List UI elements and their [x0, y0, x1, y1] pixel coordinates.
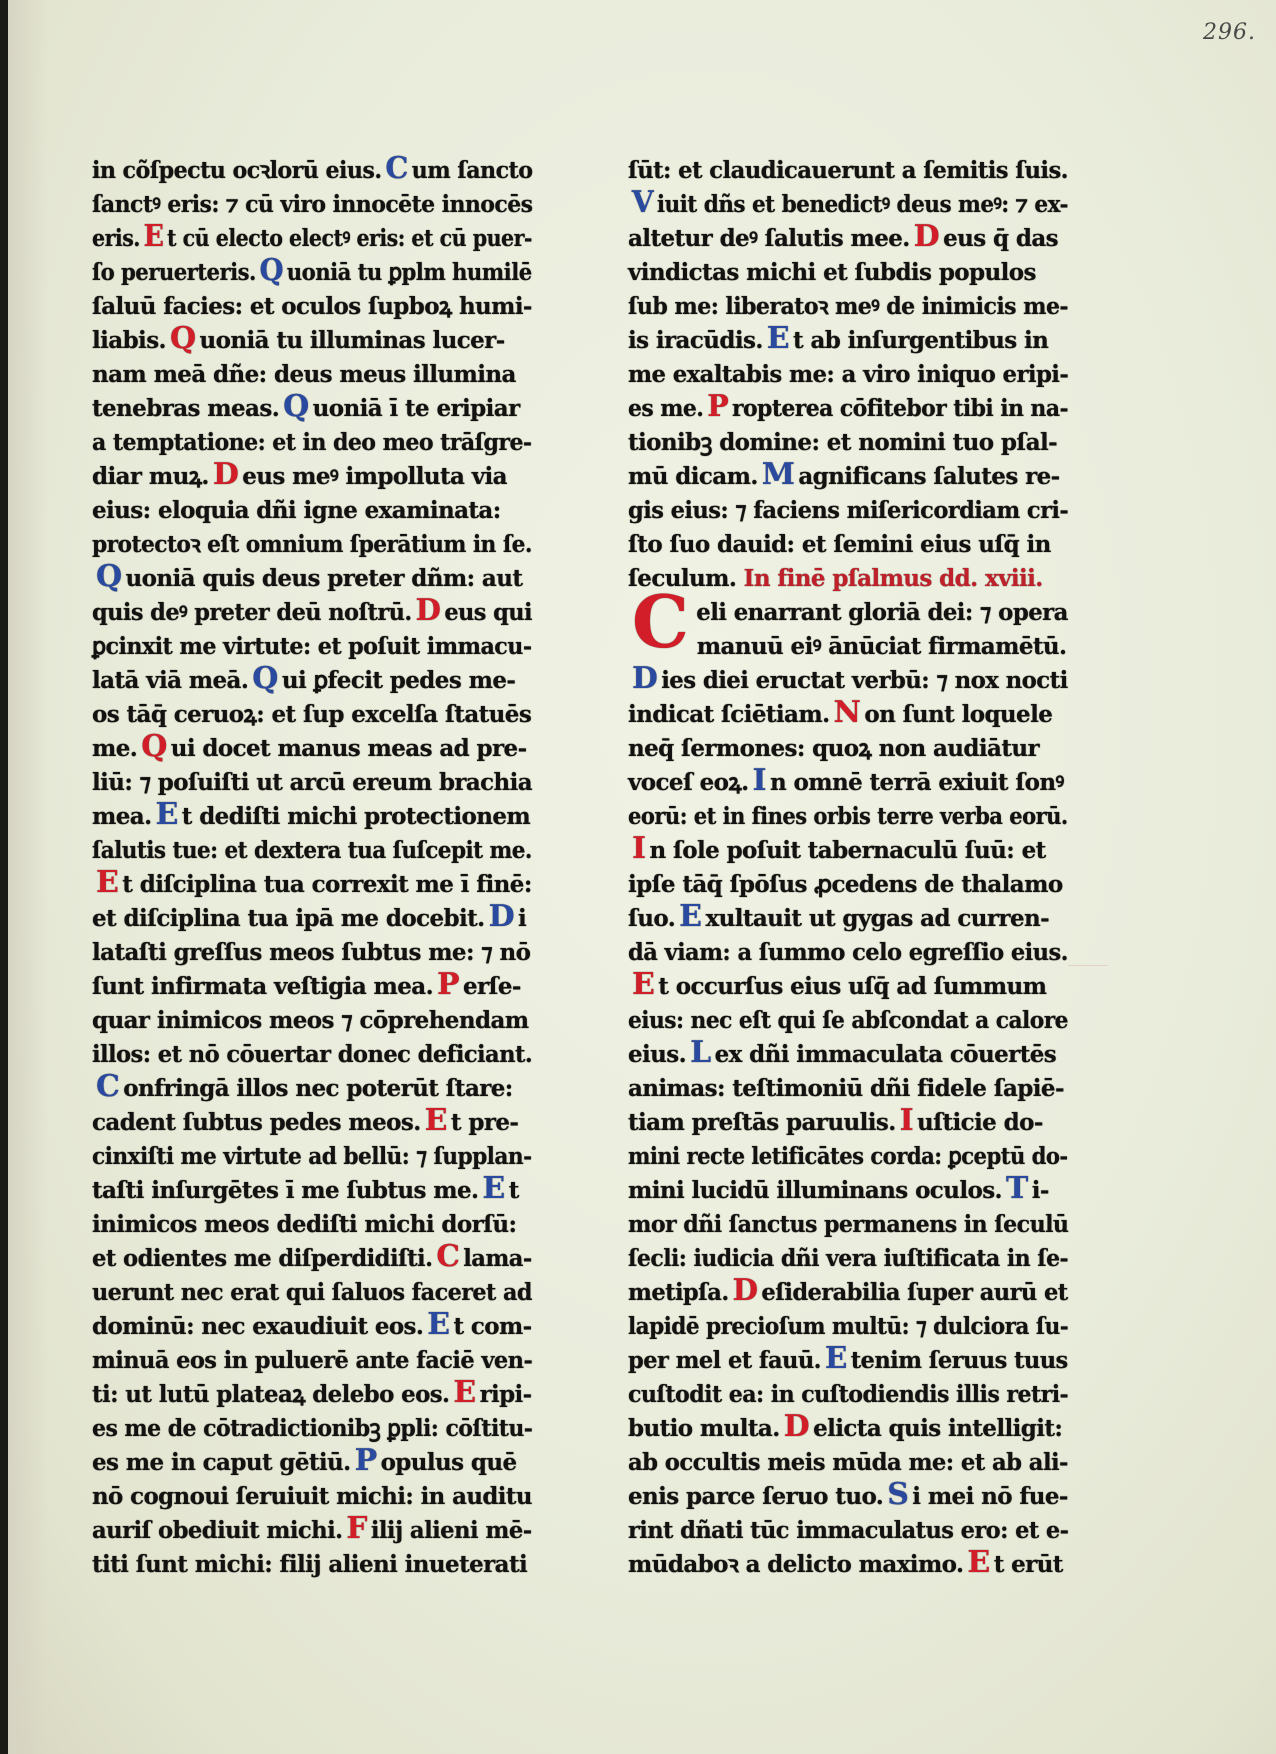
blue-initial-s: S [885, 1481, 910, 1509]
text-line: ſalutis tue: et dextera tua ſuſcepit me. [92, 834, 505, 868]
text-line: nō cognoui ſeruiuit michi: in auditu [92, 1480, 530, 1514]
text-line: eris.Et cū electo electꝰ eris: et cū pue… [92, 222, 486, 256]
line-text: nō cognoui ſeruiuit michi: in auditu [92, 1483, 532, 1510]
line-text: mū dicam. [628, 463, 758, 490]
line-text: tenim ſeruus tuus [851, 1347, 1068, 1374]
red-initial-i: I [898, 1107, 915, 1135]
text-line: mini lucidū illuminans oculos.Ti- [628, 1174, 1068, 1208]
line-text: uoniā quis deus preter dñm: aut [126, 565, 523, 592]
text-line: es me de cōtradictionibꝫ ꝑpli: cōſtitu- [92, 1412, 514, 1446]
line-text: ui ꝑfecit pedes me- [282, 667, 515, 694]
line-text: i mei nō fue- [912, 1483, 1068, 1510]
blue-initial-e: E [425, 1311, 451, 1339]
line-text: et odientes me diſperdidiſti. [92, 1245, 432, 1272]
line-text: mea. [92, 803, 151, 830]
blue-initial-d: D [487, 903, 516, 931]
line-text: gis eius: ⁊ faciens miſericordiam cri- [628, 497, 1068, 524]
text-line: dominū: nec exaudiuit eos.Et com- [92, 1310, 531, 1344]
line-text: ui docet manus meas ad pre- [171, 735, 527, 762]
text-line: et diſciplina tua ipā me docebit.Di [92, 902, 532, 936]
red-initial-e: E [423, 1107, 449, 1135]
text-line: me.Qui docet manus meas ad pre- [92, 732, 532, 766]
text-line: ti: ut lutū plateaꝝ delebo eos.Eripi- [92, 1378, 530, 1412]
text-line: Et diſciplina tua correxit me ī finē: [92, 868, 532, 902]
line-text: minuā eos in puluerē ante faciē ven- [92, 1347, 532, 1374]
line-text: uſticie do- [917, 1109, 1043, 1136]
line-text: tenebras meas. [92, 395, 279, 422]
text-line: ſanctꝰ eris: ⁊ cū viro innocēte innocēs [92, 188, 513, 222]
line-text: ti: ut lutū plateaꝝ delebo eos. [92, 1381, 449, 1408]
line-text: t pre- [451, 1109, 518, 1136]
line-text: ripi- [480, 1381, 532, 1408]
line-text: me. [92, 735, 137, 762]
text-line: indicat ſciētiam.Non ſunt loquele [628, 698, 1068, 732]
line-text: animas: teſtimoniū dñi fidele ſapiē- [628, 1075, 1064, 1102]
line-text: ex dñi immaculata cōuertēs [715, 1041, 1057, 1068]
blue-initial-e: E [765, 325, 791, 353]
line-text: et diſciplina tua ipā me docebit. [92, 905, 485, 932]
text-line: titi ſunt michi: filij alieni inueterati [92, 1548, 532, 1582]
line-text: altetur deꝰ ſalutis mee. [628, 225, 910, 252]
line-text: n ſole poſuit tabernaculū ſuū: et [649, 837, 1045, 864]
text-line: ſto ſuo dauid: et ſemini eius uſq̄ in [628, 528, 1068, 562]
line-text: cadent ſubtus pedes meos. [92, 1109, 421, 1136]
line-text: enis parce ſeruo tuo. [628, 1483, 883, 1510]
text-line: per mel et fauū.Etenim ſeruus tuus [628, 1344, 1060, 1378]
line-text: mini recte letificātes corda: ꝑceptū do- [628, 1143, 1068, 1170]
text-line: tenebras meas.Quoniā ī te eripiar [92, 392, 532, 426]
text-line: neq̄ ſermones: quoꝝ non audiātur [628, 732, 1068, 766]
line-text: quis deꝰ preter deū noſtrū. [92, 599, 412, 626]
blue-initial-q: Q [281, 393, 311, 421]
line-text: nam meā dñe: deus meus illumina [92, 361, 516, 388]
line-text: liabis. [92, 327, 166, 354]
text-line: minuā eos in puluerē ante faciē ven- [92, 1344, 523, 1378]
folio-number: 296. [1203, 20, 1256, 45]
text-line: ſo peruerteris.Quoniā tu ꝑplm humilē [92, 256, 498, 290]
line-text: ſto ſuo dauid: et ſemini eius uſq̄ in [628, 531, 1051, 558]
line-text: t ab inſurgentibus in [793, 327, 1048, 354]
text-line: mor dñi ſanctus permanens in ſeculū [628, 1208, 1052, 1242]
right-text-column: ſūt: et claudicauerunt a ſemitis ſuis.Vi… [628, 154, 1068, 1582]
blue-initial-q: Q [258, 257, 285, 285]
line-text: taſti inſurgētes ī me ſubtus me. [92, 1177, 478, 1204]
line-text: eius: nec eſt qui ſe abſcondat a calore [628, 1007, 1068, 1034]
line-text: ſo peruerteris. [92, 259, 256, 286]
line-text: eſiderabilia ſuper aurū et [761, 1279, 1067, 1306]
blue-initial-e: E [677, 903, 703, 931]
line-text: latā viā meā. [92, 667, 248, 694]
text-line: Et occurſus eius uſq̄ ad ſummum [628, 970, 1068, 1004]
text-line: Celi enarrant gloriā dei: ⁊ opera [628, 596, 1065, 630]
line-text: mūdaboꝛ a delicto maximo. [628, 1551, 963, 1578]
blue-initial-q: Q [94, 563, 124, 591]
line-text: i- [1032, 1177, 1049, 1204]
line-text: illos: et nō cōuertar donec deficiant. [92, 1041, 532, 1068]
text-line: mea.Et dediſti michi protectionem [92, 800, 532, 834]
text-line: lapidē precioſum multū: ⁊ dulciora ſu- [628, 1310, 1042, 1344]
blue-initial-c: C [94, 1073, 121, 1101]
left-text-column: in cõſpectu ocꝛlorū eius.Cum ſanctoſanct… [92, 154, 532, 1582]
line-text: ſub me: liberatoꝛ meꝰ de inimicis me- [628, 293, 1068, 320]
text-line: illos: et nō cōuertar donec deficiant. [92, 1038, 525, 1072]
text-line: mini recte letificātes corda: ꝑceptū do- [628, 1140, 1033, 1174]
text-line: lataſti greſſus meos ſubtus me: ⁊ nō [92, 936, 532, 970]
text-line: vindictas michi et ſubdis populos [628, 256, 1068, 290]
rubric-heading: In finē pſalmus dd. xviii. [736, 565, 1042, 592]
red-initial-e: E [965, 1549, 991, 1577]
line-text: ipſe tāq̄ ſpōſus ꝓcedens de thalamo [628, 871, 1063, 898]
red-initial-e: E [451, 1379, 477, 1407]
text-line: enis parce ſeruo tuo.Si mei nō fue- [628, 1480, 1068, 1514]
blue-initial-e: E [823, 1345, 849, 1373]
line-text: iuit dñs et benedictꝰ deus meꝰ: ⁊ ex- [657, 191, 1068, 218]
text-line: rint dñati tūc immaculatus ero: et e- [628, 1514, 1059, 1548]
line-text: ies diei eructat verbū: ⁊ nox nocti [661, 667, 1067, 694]
text-line: taſti inſurgētes ī me ſubtus me.Et [92, 1174, 532, 1208]
blue-initial-e: E [480, 1175, 506, 1203]
red-initial-d: D [414, 597, 443, 625]
line-text: quar inimicos meos ⁊ cōprehendam [92, 1007, 529, 1034]
line-text: opulus quē [381, 1449, 517, 1476]
blue-initial-q: Q [250, 665, 280, 693]
margin-offset-mark [1068, 965, 1108, 984]
line-text: eus q̄ das [943, 225, 1058, 252]
blue-initial-m: M [760, 461, 797, 489]
blue-initial-d: D [630, 665, 659, 693]
blue-initial-v: V [630, 189, 655, 217]
line-text: dā viam: a ſummo celo egreſſio eius. [628, 939, 1068, 966]
line-text: voceſ eoꝝ. [628, 769, 749, 796]
red-initial-d: D [782, 1413, 811, 1441]
line-text: cinxiſti me virtute ad bellū: ⁊ ſupplan- [92, 1143, 532, 1170]
text-line: eius: nec eſt qui ſe abſcondat a calore [628, 1004, 1045, 1038]
line-text: ſunt infirmata veſtigia mea. [92, 973, 433, 1000]
line-text: mor dñi ſanctus permanens in ſeculū [628, 1211, 1068, 1238]
line-text: in cõſpectu ocꝛlorū eius. [92, 157, 381, 184]
blue-initial-i: I [751, 767, 768, 795]
blue-initial-t: T [1004, 1175, 1030, 1203]
line-text: os tāq̄ ceruoꝝ: et ſup excelſa ſtatuēs [92, 701, 531, 728]
text-line: eorū: et in fines orbis terre verba eorū… [628, 800, 1031, 834]
line-text: is iracūdis. [628, 327, 763, 354]
line-text: t occurſus eius uſq̄ ad ſummum [658, 973, 1046, 1000]
red-initial-c: C [434, 1243, 461, 1271]
line-text: butio multa. [628, 1415, 780, 1442]
line-text: liū: ⁊ poſuiſti ut arcū ereum brachia [92, 769, 532, 796]
text-line: cinxiſti me virtute ad bellū: ⁊ ſupplan- [92, 1140, 507, 1174]
line-text: cuſtodit ea: in cuſtodiendis illis retri… [628, 1381, 1068, 1408]
text-line: is iracūdis.Et ab inſurgentibus in [628, 324, 1068, 358]
text-line: cadent ſubtus pedes meos.Et pre- [92, 1106, 532, 1140]
text-line: ſecli: iudicia dñi vera iuſtificata in ſ… [628, 1242, 1050, 1276]
text-line: in cõſpectu ocꝛlorū eius.Cum ſancto [92, 154, 517, 188]
text-line: inimicos meos dediſti michi dorſū: [92, 1208, 532, 1242]
line-text: uoniā tu ꝑplm humilē [287, 259, 532, 286]
text-line: Confringā illos nec poterūt ſtare: [92, 1072, 532, 1106]
text-line: ſeculum. In finē pſalmus dd. xviii. [628, 562, 1068, 596]
text-line: liabis.Quoniā tu illuminas lucer- [92, 324, 532, 358]
line-text: t com- [453, 1313, 531, 1340]
line-text: i [518, 905, 526, 932]
line-text: t cū electo electꝰ eris: et cū puer- [167, 225, 532, 252]
text-line: gis eius: ⁊ faciens miſericordiam cri- [628, 494, 1060, 528]
text-line: ſunt infirmata veſtigia mea.Perſe- [92, 970, 532, 1004]
line-text: ſuo. [628, 905, 675, 932]
line-text: me exaltabis me: a viro iniquo eripi- [628, 361, 1068, 388]
text-line: mū dicam.Magnificans ſalutes re- [628, 460, 1068, 494]
line-text: auriſ obediuit michi. [92, 1517, 342, 1544]
text-line: latā viā meā.Qui ꝑfecit pedes me- [92, 664, 532, 698]
line-text: lama- [463, 1245, 532, 1272]
line-text: ſecli: iudicia dñi vera iuſtificata in ſ… [628, 1245, 1068, 1272]
text-line: ſub me: liberatoꝛ meꝰ de inimicis me- [628, 290, 1051, 324]
line-text: ſalutis tue: et dextera tua ſuſcepit me. [92, 837, 532, 864]
line-text: onfringā illos nec poterūt ſtare: [123, 1075, 512, 1102]
blue-initial-e: E [153, 801, 179, 829]
line-text: eris. [92, 225, 140, 252]
text-line: ꝑcinxit me virtute: et poſuit immacu- [92, 630, 517, 664]
text-line: es me.Propterea cōfitebor tibi in na- [628, 392, 1048, 426]
text-line: altetur deꝰ ſalutis mee.Deus q̄ das [628, 222, 1068, 256]
red-initial-p: P [435, 971, 461, 999]
text-line: et odientes me diſperdidiſti.Clama- [92, 1242, 526, 1276]
line-text: xultauit ut gygas ad curren- [705, 905, 1049, 932]
text-line: tiam preſtās paruulis.Iuſticie do- [628, 1106, 1068, 1140]
line-text: eus qui [444, 599, 532, 626]
line-text: dominū: nec exaudiuit eos. [92, 1313, 423, 1340]
line-text: mini lucidū illuminans oculos. [628, 1177, 1002, 1204]
text-line: Quoniā quis deus preter dñm: aut [92, 562, 532, 596]
line-text: eius: eloquia dñi igne examinata: [92, 497, 501, 524]
red-initial-q: Q [139, 733, 169, 761]
text-line: os tāq̄ ceruoꝝ: et ſup excelſa ſtatuēs [92, 698, 532, 732]
blue-initial-l: L [688, 1039, 713, 1067]
red-initial-e: E [142, 223, 166, 251]
line-text: ropterea cōfitebor tibi in na- [732, 395, 1068, 422]
line-text: inimicos meos dediſti michi dorſū: [92, 1211, 516, 1238]
line-text: uoniā ī te eripiar [313, 395, 520, 422]
text-line: metipſa.Deſiderabilia ſuper aurū et [628, 1276, 1060, 1310]
line-text: eius. [628, 1041, 686, 1068]
red-initial-p: P [705, 393, 730, 421]
line-text: ꝑcinxit me virtute: et poſuit immacu- [92, 633, 532, 660]
red-initial-i: I [630, 835, 647, 863]
line-text: lataſti greſſus meos ſubtus me: ⁊ nō [92, 939, 530, 966]
text-line: me exaltabis me: a viro iniquo eripi- [628, 358, 1064, 392]
text-line: quar inimicos meos ⁊ cōprehendam [92, 1004, 532, 1038]
line-text: metipſa. [628, 1279, 729, 1306]
line-text: t [509, 1177, 519, 1204]
line-text: um ſancto [412, 157, 533, 184]
line-text: es me. [628, 395, 703, 422]
text-line: animas: teſtimoniū dñi fidele ſapiē- [628, 1072, 1068, 1106]
line-text: rint dñati tūc immaculatus ero: et e- [628, 1517, 1068, 1544]
line-text: per mel et fauū. [628, 1347, 821, 1374]
line-text: es me in caput gētiū. [92, 1449, 351, 1476]
red-initial-d: D [731, 1277, 760, 1305]
blue-initial-p: P [353, 1447, 379, 1475]
text-line: a temptatione: et in deo meo trāſgre- [92, 426, 515, 460]
line-text: t diſciplina tua correxit me ī finē: [122, 871, 531, 898]
line-text: manuū eiꝰ ānūciat firmamētū. [697, 633, 1067, 660]
text-line: ſuo.Exultauit ut gygas ad curren- [628, 902, 1068, 936]
text-line: ſaluū facies: et oculos ſupboꝝ humi- [92, 290, 531, 324]
text-line: ab occultis meis mūda me: et ab ali- [628, 1446, 1063, 1480]
line-text: erſe- [463, 973, 521, 1000]
text-line: tionibꝫ domine: et nomini tuo pſal- [628, 426, 1068, 460]
red-initial-d: D [211, 461, 240, 489]
text-line: liū: ⁊ poſuiſti ut arcū ereum brachia [92, 766, 531, 800]
blue-initial-c: C [383, 155, 409, 183]
line-text: ſūt: et claudicauerunt a ſemitis ſuis. [628, 157, 1068, 184]
line-text: elicta quis intelligit: [813, 1415, 1062, 1442]
text-line: auriſ obediuit michi.Filij alieni mē- [92, 1514, 527, 1548]
red-initial-f: F [344, 1515, 368, 1543]
text-line: ipſe tāq̄ ſpōſus ꝓcedens de thalamo [628, 868, 1068, 902]
text-line: mūdaboꝛ a delicto maximo.Et erūt [628, 1548, 1068, 1582]
line-text: es me de cōtradictionibꝫ ꝑpli: cōſtitu- [92, 1415, 532, 1442]
line-text: vindictas michi et ſubdis populos [628, 259, 1036, 286]
text-line: In ſole poſuit tabernaculū ſuū: et [628, 834, 1068, 868]
text-line: Dies diei eructat verbū: ⁊ nox nocti [628, 664, 1065, 698]
line-text: eus meꝰ impolluta via [242, 463, 507, 490]
text-line: es me in caput gētiū.Populus quē [92, 1446, 532, 1480]
text-line: cuſtodit ea: in cuſtodiendis illis retri… [628, 1378, 1052, 1412]
text-line: eius: eloquia dñi igne examinata: [92, 494, 532, 528]
line-text: eorū: et in fines orbis terre verba eorū… [628, 803, 1068, 830]
line-text: ab occultis meis mūda me: et ab ali- [628, 1449, 1068, 1476]
line-text: protectoꝛ eſt omnium ſperātium in ſe. [92, 531, 532, 558]
red-initial-e: E [94, 869, 120, 897]
line-text: uerunt nec erat qui ſaluos faceret ad [92, 1279, 532, 1306]
line-text: t dediſti michi protectionem [182, 803, 530, 830]
page-edge-shadow [8, 0, 48, 1754]
line-text: uoniā tu illuminas lucer- [200, 327, 505, 354]
line-text: ilij alieni mē- [371, 1517, 532, 1544]
line-text: indicat ſciētiam. [628, 701, 830, 728]
line-text: ſanctꝰ eris: ⁊ cū viro innocēte innocēs [92, 191, 532, 218]
line-text: diar muꝝ. [92, 463, 209, 490]
red-initial-e: E [630, 971, 656, 999]
line-text: tionibꝫ domine: et nomini tuo pſal- [628, 429, 1057, 456]
text-line: diar muꝝ.Deus meꝰ impolluta via [92, 460, 532, 494]
text-line: manuū eiꝰ ānūciat firmamētū. [628, 630, 1068, 664]
line-text: tiam preſtās paruulis. [628, 1109, 896, 1136]
line-text: titi ſunt michi: filij alieni inueterati [92, 1551, 527, 1578]
line-text: on ſunt loquele [864, 701, 1052, 728]
line-text: eli enarrant gloriā dei: ⁊ opera [696, 599, 1068, 626]
text-line: protectoꝛ eſt omnium ſperātium in ſe. [92, 528, 508, 562]
line-text: neq̄ ſermones: quoꝝ non audiātur [628, 735, 1039, 762]
line-text: n omnē terrā exiuit ſonꝰ [770, 769, 1064, 796]
line-text: ſaluū facies: et oculos ſupboꝝ humi- [92, 293, 532, 320]
line-text: agnificans ſalutes re- [798, 463, 1059, 490]
text-line: uerunt nec erat qui ſaluos faceret ad [92, 1276, 519, 1310]
red-initial-q: Q [168, 325, 198, 353]
line-text: t erūt [994, 1551, 1063, 1578]
line-text: lapidē precioſum multū: ⁊ dulciora ſu- [628, 1313, 1068, 1340]
text-line: ſūt: et claudicauerunt a ſemitis ſuis. [628, 154, 1063, 188]
text-line: quis deꝰ preter deū noſtrū.Deus qui [92, 596, 522, 630]
text-line: butio multa.Delicta quis intelligit: [628, 1412, 1068, 1446]
manuscript-page: 296. in cõſpectu ocꝛlorū eius.Cum ſancto… [8, 0, 1276, 1754]
line-text: a temptatione: et in deo meo trāſgre- [92, 429, 532, 456]
text-line: eius.Lex dñi immaculata cōuertēs [628, 1038, 1068, 1072]
text-line: voceſ eoꝝ.In omnē terrā exiuit ſonꝰ [628, 766, 1068, 800]
red-initial-n: N [832, 699, 863, 727]
text-line: dā viam: a ſummo celo egreſſio eius. [628, 936, 1060, 970]
red-initial-d: D [912, 223, 941, 251]
text-line: nam meā dñe: deus meus illumina [92, 358, 532, 392]
text-line: Viuit dñs et benedictꝰ deus meꝰ: ⁊ ex- [628, 188, 1042, 222]
